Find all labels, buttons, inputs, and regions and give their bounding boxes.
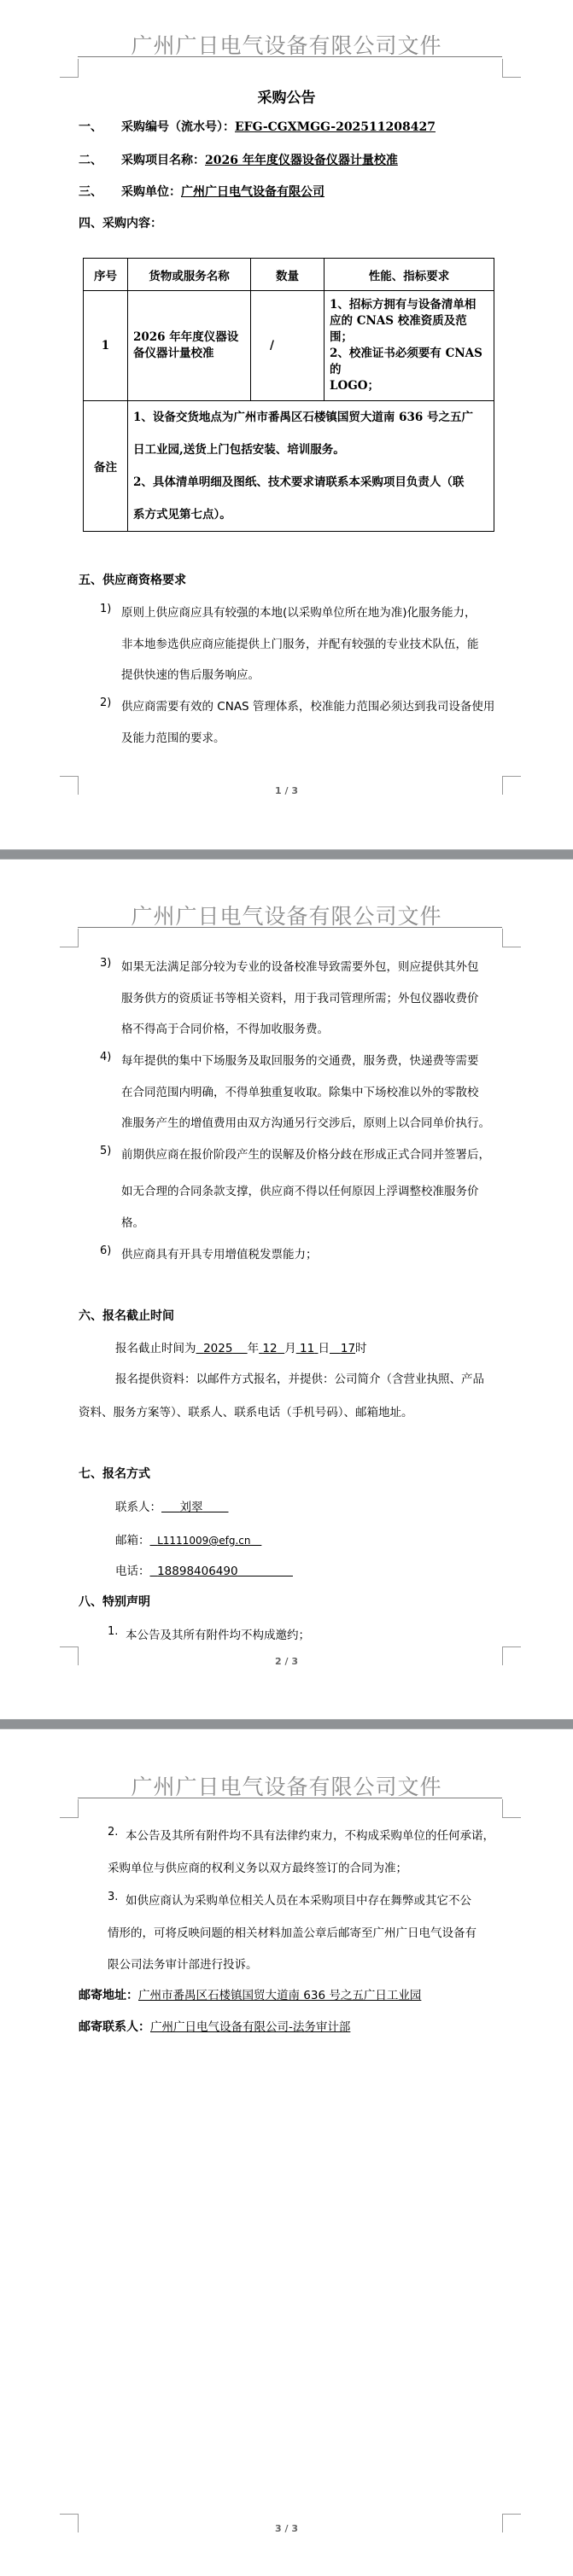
list-item-line: 本公告及其所有附件均不具有法律约束力，不构成采购单位的任何承诺， (126, 1826, 494, 1843)
note-line: 1、设备交货地点为广州市番禺区石楼镇国贸大道南 636 号之五广 (133, 401, 488, 434)
procuring-unit-label: 采购单位： (121, 185, 181, 199)
header-rule (78, 927, 502, 928)
page-separator (0, 849, 573, 860)
email-link[interactable]: L1111009@efg.cn (157, 1535, 250, 1547)
note-line: 系方式见第七点）。 (133, 498, 488, 531)
list-item-line: 供应商需要有效的 CNAS 管理体系，校准能力范围必须达到我司设备使用 (121, 696, 494, 714)
section-6-heading: 六、报名截止时间 (79, 1307, 174, 1324)
list-number: 4) (100, 1051, 111, 1064)
mail-contact-label: 邮寄联系人： (79, 2020, 150, 2034)
section-5-heading: 五、供应商资格要求 (79, 571, 186, 588)
table-header-cell: 数量 (251, 259, 325, 291)
deadline-line: 报名截止时间为 2025 年 12 月 11 日 17时 (115, 1338, 367, 1355)
margin-corner-top-left (60, 59, 79, 78)
list-item-line: 每年提供的集中下场服务及取回服务的交通费，服务费，快递费等需要 (121, 1051, 479, 1068)
note-line: 2、具体清单明细及图纸、技术要求请联系本采购项目负责人（联 (133, 466, 488, 498)
table-cell-name-line: 备仪器计量校准 (133, 346, 245, 362)
table-header-cell: 货物或服务名称 (128, 259, 251, 291)
section-4-heading: 四、采购内容： (79, 214, 162, 231)
list-item-line: 本公告及其所有附件均不构成邀约； (126, 1625, 310, 1642)
mail-contact: 邮寄联系人：广州广日电气设备有限公司-法务审计部 (79, 2017, 350, 2035)
list-item-line: 格。 (121, 1213, 144, 1230)
procuring-unit-value: 广州广日电气设备有限公司 (181, 185, 325, 199)
table-cell-name-line: 2026 年年度仪器设 (133, 329, 245, 346)
list-item-line: 如无合理的合同条款支撑，供应商不得以任何原因上浮调整校准服务价 (121, 1181, 479, 1198)
page-number: 3 / 3 (0, 2523, 573, 2534)
header-rule (78, 1798, 502, 1798)
item-number: 三、 (79, 183, 102, 200)
list-number: 2. (108, 1826, 118, 1839)
table-cell-name: 2026 年年度仪器设 备仪器计量校准 (128, 291, 251, 401)
table-cell-requirements: 1、招标方拥有与设备清单相 应的 CNAS 校准资质及范围； 2、校准证书必须要… (325, 291, 494, 401)
list-number: 6) (100, 1244, 111, 1257)
year-unit: 年 (248, 1342, 260, 1355)
item-number: 二、 (79, 151, 102, 168)
header-company-title: 广州广日电气设备有限公司文件 (0, 1770, 573, 1801)
table-header-cell: 序号 (84, 259, 128, 291)
requirement-line: LOGO； (330, 378, 488, 394)
list-item-line: 情形的，可将反映问题的相关材料加盖公章后邮寄至广州广日电气设备有 (108, 1923, 477, 1940)
table-header-row: 序号 货物或服务名称 数量 性能、指标要求 (84, 259, 494, 291)
list-item-line: 原则上供应商应具有较强的本地(以采购单位所在地为准)化服务能力， (121, 603, 477, 620)
mail-address: 邮寄地址：广州市番禺区石楼镇国贸大道南 636 号之五广日工业园 (79, 1985, 421, 2003)
page-number: 2 / 3 (0, 1656, 573, 1667)
materials-line: 报名提供资料：以邮件方式报名，并提供：公司简介（含营业执照、产品 (115, 1369, 484, 1386)
list-item-line: 如供应商认为采购单位相关人员在本采购项目中存在舞弊或其它不公 (126, 1891, 471, 1908)
mail-address-value: 广州市番禺区石楼镇国贸大道南 636 号之五广日工业园 (138, 1989, 421, 2002)
deadline-hour: 17 (330, 1342, 355, 1355)
section-8-heading: 八、特别声明 (79, 1593, 150, 1610)
item-number: 一、 (79, 118, 102, 135)
contact-phone: 电话： 18898406490 (115, 1561, 293, 1578)
materials-line: 资料、服务方案等）、联系人、联系电话（手机号码）、邮箱地址。 (79, 1402, 413, 1419)
procurement-table: 序号 货物或服务名称 数量 性能、指标要求 1 2026 年年度仪器设 备仪器计… (83, 258, 494, 532)
list-item-line: 提供快速的售后服务响应。 (121, 665, 260, 682)
phone-value-wrap: 18898406490 (150, 1565, 293, 1578)
list-item-line: 在合同范围内明确，不得单独重复收取。除集中下场校准以外的零散校 (121, 1082, 479, 1099)
margin-corner-top-right (502, 59, 521, 78)
phone-value: 18898406490 (157, 1565, 237, 1578)
page-3: 广州广日电气设备有限公司文件 2. 本公告及其所有附件均不具有法律约束力，不构成… (0, 1730, 573, 2576)
table-cell-qty: / (251, 291, 325, 401)
list-item-line: 限公司法务审计部进行投诉。 (108, 1955, 258, 1972)
list-number: 1. (108, 1625, 118, 1638)
page-number: 1 / 3 (0, 785, 573, 796)
table-row: 1 2026 年年度仪器设 备仪器计量校准 / 1、招标方拥有与设备清单相 应的… (84, 291, 494, 401)
table-notes-row: 备注 1、设备交货地点为广州市番禺区石楼镇国贸大道南 636 号之五广 日工业园… (84, 401, 494, 532)
header-rule (78, 56, 502, 57)
phone-label: 电话： (115, 1565, 150, 1578)
margin-corner-top-right (502, 929, 521, 947)
list-item-line: 如果无法满足部分较为专业的设备校准导致需要外包，则应提供其外包 (121, 957, 479, 974)
contact-label: 联系人： (115, 1501, 161, 1514)
procuring-unit: 采购单位：广州广日电气设备有限公司 (121, 183, 325, 200)
table-header-cell: 性能、指标要求 (325, 259, 494, 291)
header-company-title: 广州广日电气设备有限公司文件 (0, 900, 573, 930)
hour-unit: 时 (355, 1342, 367, 1355)
note-line: 日工业园,送货上门包括安装、培训服务。 (133, 434, 488, 466)
email-label: 邮箱： (115, 1534, 150, 1547)
deadline-prefix: 报名截止时间为 (115, 1342, 196, 1355)
contact-value: 刘翠 (179, 1501, 202, 1514)
deadline-year-value: 2025 (203, 1342, 232, 1355)
mail-contact-value: 广州广日电气设备有限公司-法务审计部 (150, 2020, 350, 2034)
list-number: 3) (100, 957, 111, 970)
page-1: 广州广日电气设备有限公司文件 采购公告 一、 采购编号（流水号）：EFG-CGX… (0, 0, 573, 849)
header-company-title: 广州广日电气设备有限公司文件 (0, 29, 573, 60)
table-notes-label: 备注 (84, 401, 128, 532)
list-number: 1) (100, 603, 111, 615)
margin-corner-top-right (502, 1799, 521, 1818)
list-item-line: 准服务产生的增值费用由双方沟通另行交涉后，原则上以合同单价执行。 (121, 1113, 490, 1130)
list-item-line: 前期供应商在报价阶段产生的误解及价格分歧在形成正式合同并签署后， (121, 1145, 490, 1162)
page-separator (0, 1719, 573, 1729)
list-item-line: 供应商具有开具专用增值税发票能力； (121, 1244, 318, 1262)
deadline-month-value: 12 (262, 1342, 277, 1355)
list-item-line: 格不得高于合同价格，不得加收服务费。 (121, 1019, 329, 1036)
contact-person: 联系人： 刘翠 (115, 1497, 229, 1514)
procurement-number-value: EFG-CGXMGG-202511208427 (235, 120, 436, 134)
list-number: 2) (100, 696, 111, 709)
month-unit: 月 (284, 1342, 296, 1355)
section-7-heading: 七、报名方式 (79, 1465, 150, 1482)
email-value-wrap[interactable]: L1111009@efg.cn (150, 1534, 262, 1547)
contact-value-wrap: 刘翠 (161, 1501, 229, 1514)
deadline-day: 11 (296, 1342, 319, 1355)
list-item-line: 采购单位与供应商的权利义务以双方最终签订的合同为准； (108, 1858, 407, 1875)
list-item-line: 非本地参选供应商应能提供上门服务，并配有较强的专业技术队伍，能 (121, 634, 479, 651)
list-item-line: 服务供方的资质证书等相关资料，用于我司管理所需；外包仪器收费价 (121, 988, 479, 1005)
page-2: 广州广日电气设备有限公司文件 3) 如果无法满足部分较为专业的设备校准导致需要外… (0, 860, 573, 1719)
requirement-line: 1、招标方拥有与设备清单相 (330, 297, 488, 313)
deadline-year: 2025 (196, 1342, 248, 1355)
mail-address-label: 邮寄地址： (79, 1989, 138, 2002)
procurement-number: 采购编号（流水号）：EFG-CGXMGG-202511208427 (121, 118, 436, 135)
list-number: 5) (100, 1145, 111, 1157)
project-name-value: 2026 年年度仪器设备仪器计量校准 (205, 154, 398, 167)
list-number: 3. (108, 1891, 118, 1903)
margin-corner-top-left (60, 929, 79, 947)
margin-corner-top-left (60, 1799, 79, 1818)
table-cell-seq: 1 (84, 291, 128, 401)
deadline-day-value: 11 (300, 1342, 314, 1355)
project-name: 采购项目名称：2026 年年度仪器设备仪器计量校准 (121, 151, 398, 168)
deadline-month: 12 (259, 1342, 284, 1355)
procurement-number-label: 采购编号（流水号）： (121, 120, 235, 134)
day-unit: 日 (318, 1342, 330, 1355)
deadline-hour-value: 17 (341, 1342, 355, 1355)
requirement-line: 2、校准证书必须要有 CNAS 的 (330, 346, 488, 378)
requirement-line: 应的 CNAS 校准资质及范围； (330, 313, 488, 346)
table-notes-content: 1、设备交货地点为广州市番禺区石楼镇国贸大道南 636 号之五广 日工业园,送货… (128, 401, 494, 532)
doc-title: 采购公告 (0, 85, 573, 107)
list-item-line: 及能力范围的要求。 (121, 728, 225, 745)
contact-email: 邮箱： L1111009@efg.cn (115, 1530, 261, 1547)
project-name-label: 采购项目名称： (121, 154, 205, 167)
